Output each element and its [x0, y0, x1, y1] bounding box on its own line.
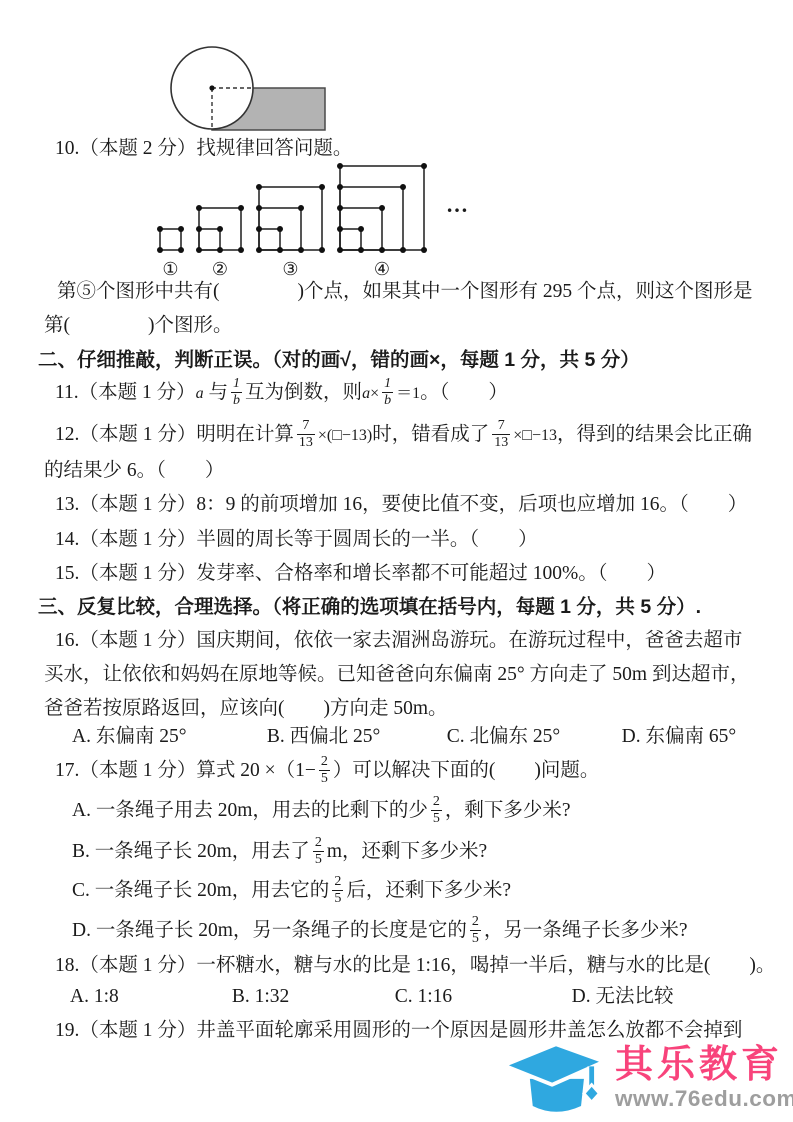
brand-url: www.76edu.com: [615, 1086, 793, 1111]
svg-text:③: ③: [282, 259, 298, 279]
worksheet-page: 10.（本题 2 分）找规律回答问题。 ①②③④… 第⑤个图形中共有( )个点，…: [0, 0, 793, 1122]
dot-pattern-figure: ①②③④…: [150, 162, 480, 280]
question-17-option-a: A. 一条绳子用去 20m，用去的比剩下的少25，剩下多少米?: [72, 795, 571, 828]
question-12-line-2: 的结果少 6。（ ）: [44, 458, 224, 484]
question-16-line-2: 买水，让依依和妈妈在原地等候。已知爸爸向东偏南 25° 方向走了 50m 到达超…: [44, 662, 749, 688]
question-10-title: 10.（本题 2 分）找规律回答问题。: [55, 136, 352, 162]
graduation-cap-icon: [498, 1036, 610, 1118]
brand-name: 其乐教育: [615, 1044, 793, 1086]
question-15: 15.（本题 1 分）发芽率、合格率和增长率都不可能超过 100%。（ ）: [55, 561, 666, 587]
svg-text:…: …: [446, 192, 468, 217]
q16-option-b: B. 西偏北 25°: [267, 724, 442, 750]
circle-rectangle-figure: [168, 42, 343, 138]
q16-option-a: A. 东偏南 25°: [72, 724, 262, 750]
q18-option-a: A. 1:8: [70, 984, 227, 1010]
question-18: 18.（本题 1 分）一杯糖水，糖与水的比是 1:16，喝掉一半后，糖与水的比是…: [55, 953, 775, 979]
question-17-option-c: C. 一条绳子长 20m，用去它的25后，还剩下多少米?: [72, 875, 511, 908]
question-17-option-d: D. 一条绳子长 20m，另一条绳子的长度是它的25，另一条绳子长多少米?: [72, 915, 688, 948]
question-17-option-b: B. 一条绳子长 20m，用去了25m，还剩下多少米?: [72, 836, 487, 869]
circle-center-dot: [209, 85, 214, 90]
question-13: 13.（本题 1 分）8：9 的前项增加 16，要使比值不变，后项也应增加 16…: [55, 492, 747, 518]
q18-option-c: C. 1:16: [395, 984, 567, 1010]
q16-option-c: C. 北偏东 25°: [447, 724, 617, 750]
question-11: 11.（本题 1 分）a 与1b互为倒数，则a×1b＝1。（ ）: [55, 377, 508, 410]
question-12-line-1: 12.（本题 1 分）明明在计算713×(□−13)时，错看成了713×□−13…: [55, 419, 752, 452]
section-2-header: 二、仔细推敲，判断正误。（对的画√，错的画×，每题 1 分，共 5 分）: [38, 347, 640, 373]
q18-option-b: B. 1:32: [232, 984, 390, 1010]
brand-logo: 其乐教育 www.76edu.com: [498, 1036, 793, 1118]
question-16-options: A. 东偏南 25° B. 西偏北 25° C. 北偏东 25° D. 东偏南 …: [72, 724, 736, 750]
svg-text:④: ④: [374, 259, 390, 279]
brand-text: 其乐教育 www.76edu.com: [615, 1044, 793, 1111]
q18-option-d: D. 无法比较: [572, 984, 674, 1010]
question-17-stem: 17.（本题 1 分）算式 20 ×（1−25）可以解决下面的( )问题。: [55, 755, 599, 788]
question-18-options: A. 1:8 B. 1:32 C. 1:16 D. 无法比较: [70, 984, 673, 1010]
q16-option-d: D. 东偏南 65°: [622, 724, 737, 750]
question-16-line-3: 爸爸若按原路返回，应该向( )方向走 50m。: [44, 696, 448, 722]
question-16-line-1: 16.（本题 1 分）国庆期间，依依一家去湄洲岛游玩。在游玩过程中，爸爸去超市: [55, 628, 742, 654]
question-10-blank-line-2: 第( )个图形。: [44, 313, 233, 339]
question-14: 14.（本题 1 分）半圆的周长等于圆周长的一半。（ ）: [55, 527, 538, 553]
question-10-blank-line-1: 第⑤个图形中共有( )个点，如果其中一个图形有 295 个点，则这个图形是: [57, 279, 753, 305]
svg-text:①: ①: [162, 259, 178, 279]
svg-text:②: ②: [212, 259, 228, 279]
section-3-header: 三、反复比较，合理选择。（将正确的选项填在括号内，每题 1 分，共 5 分）.: [38, 594, 701, 620]
